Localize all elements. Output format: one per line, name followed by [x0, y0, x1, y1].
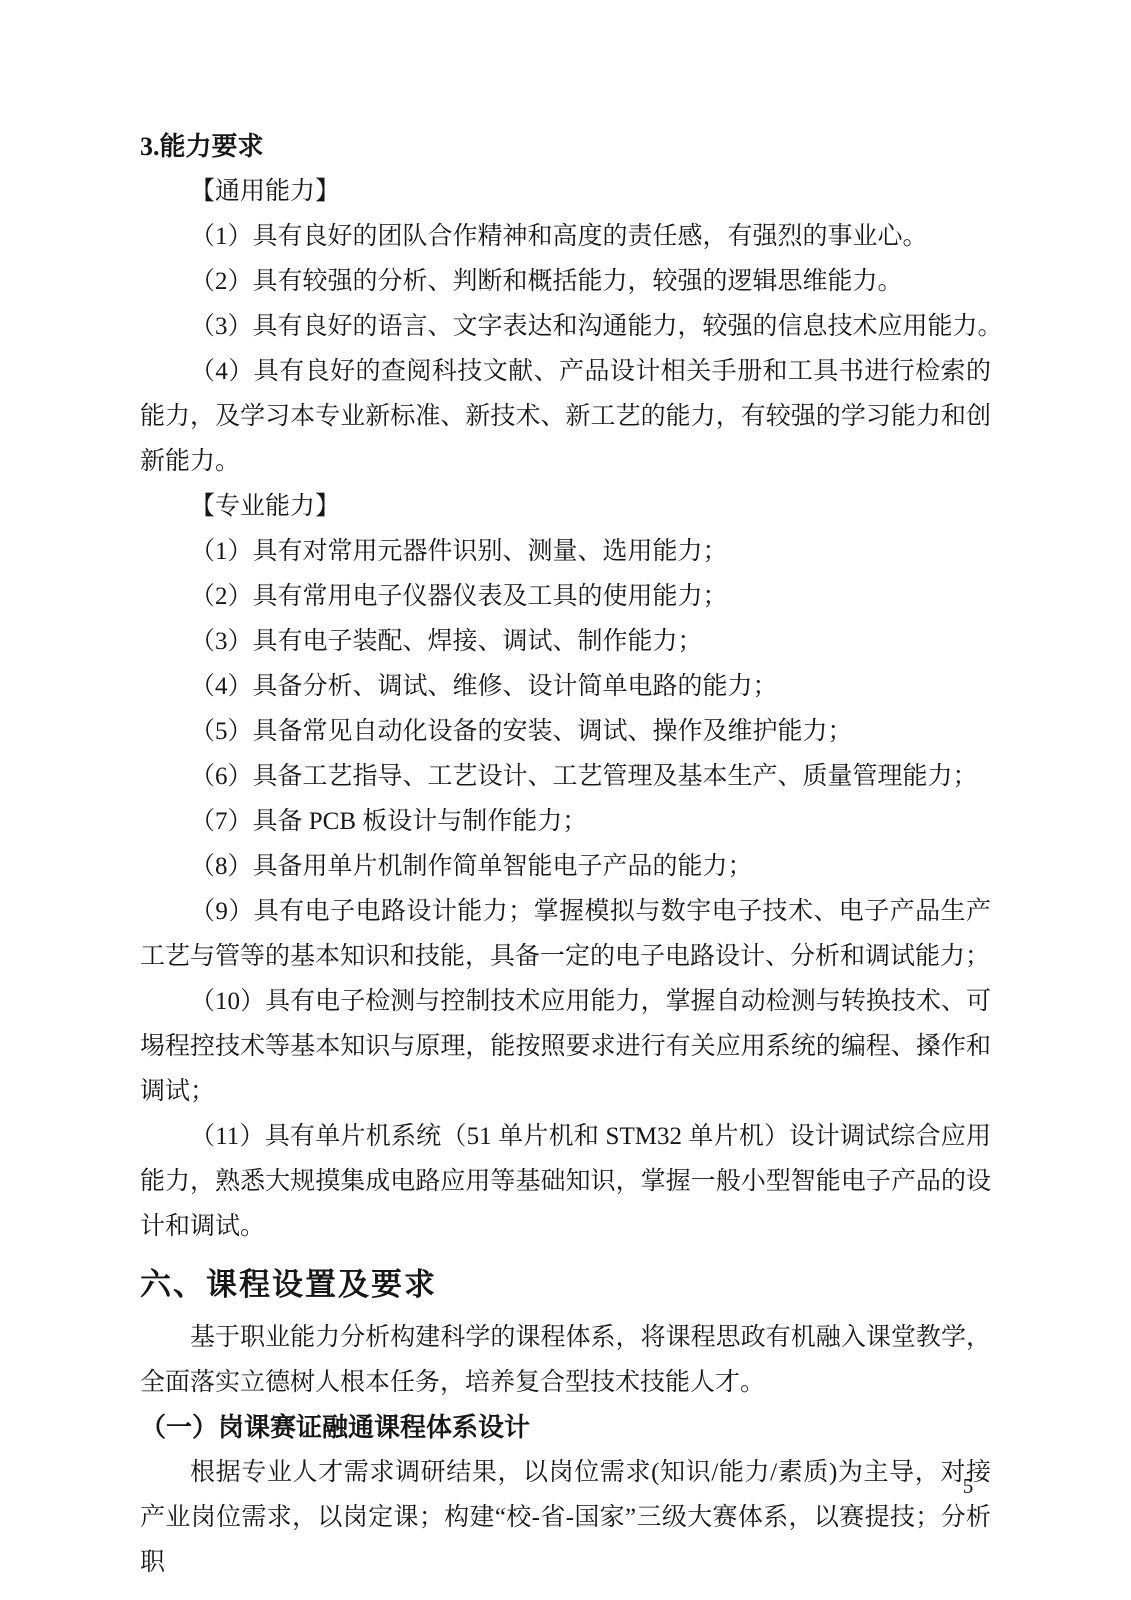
page-number: 5	[948, 1474, 988, 1499]
bracket-label: 【通用能力】	[140, 169, 991, 214]
list-item: （5）具备常见自动化设备的安装、调试、操作及维护能力；	[140, 709, 991, 754]
list-paragraph: （4）具有良好的查阅科技文献、产品设计相关手册和工具书进行检索的能力，及学习本专…	[140, 349, 991, 484]
section-heading: 六、课程设置及要求	[140, 1261, 991, 1309]
list-paragraph: （9）具有电子电路设计能力；掌握模拟与数宇电子技术、电子产品生产工艺与管等的基本…	[140, 889, 991, 979]
list-item: （4）具备分析、调试、维修、设计简单电路的能力；	[140, 664, 991, 709]
body-paragraph: 基于职业能力分析构建科学的课程体系，将课程思政有机融入课堂教学，全面落实立德树人…	[140, 1315, 991, 1405]
list-item: （6）具备工艺指导、工艺设计、工艺管理及基本生产、质量管理能力；	[140, 754, 991, 799]
list-item: （7）具备 PCB 板设计与制作能力；	[140, 799, 991, 844]
list-item: （1）具有对常用元器件识别、测量、选用能力；	[140, 529, 991, 574]
list-item: （3）具有电子装配、焊接、调试、制作能力；	[140, 619, 991, 664]
subsection-heading: （一）岗课赛证融通课程体系设计	[140, 1405, 991, 1450]
list-paragraph: （10）具有电子检测与控制技术应用能力，掌握自动检测与转换技术、可埸程控技术等基…	[140, 979, 991, 1114]
list-item: （2）具有较强的分析、判断和概括能力，较强的逻辑思维能力。	[140, 259, 991, 304]
clause-heading: 3.能力要求	[140, 124, 991, 169]
document-body: 3.能力要求【通用能力】（1）具有良好的团队合作精神和高度的责任感，有强烈的事业…	[140, 124, 991, 1585]
list-item: （1）具有良好的团队合作精神和高度的责任感，有强烈的事业心。	[140, 214, 991, 259]
list-item: （2）具有常用电子仪器仪表及工具的使用能力；	[140, 574, 991, 619]
list-item: （8）具备用单片机制作简单智能电子产品的能力；	[140, 844, 991, 889]
bracket-label: 【专业能力】	[140, 484, 991, 529]
body-paragraph: 根据专业人才需求调研结果，以岗位需求(知识/能力/素质)为主导，对接产业岗位需求…	[140, 1450, 991, 1585]
document-page: 3.能力要求【通用能力】（1）具有良好的团队合作精神和高度的责任感，有强烈的事业…	[0, 0, 1131, 1600]
list-item: （3）具有良好的语言、文字表达和沟通能力，较强的信息技术应用能力。	[140, 304, 991, 349]
list-paragraph: （11）具有单片机系统（51 单片机和 STM32 单片机）设计调试综合应用能力…	[140, 1114, 991, 1249]
